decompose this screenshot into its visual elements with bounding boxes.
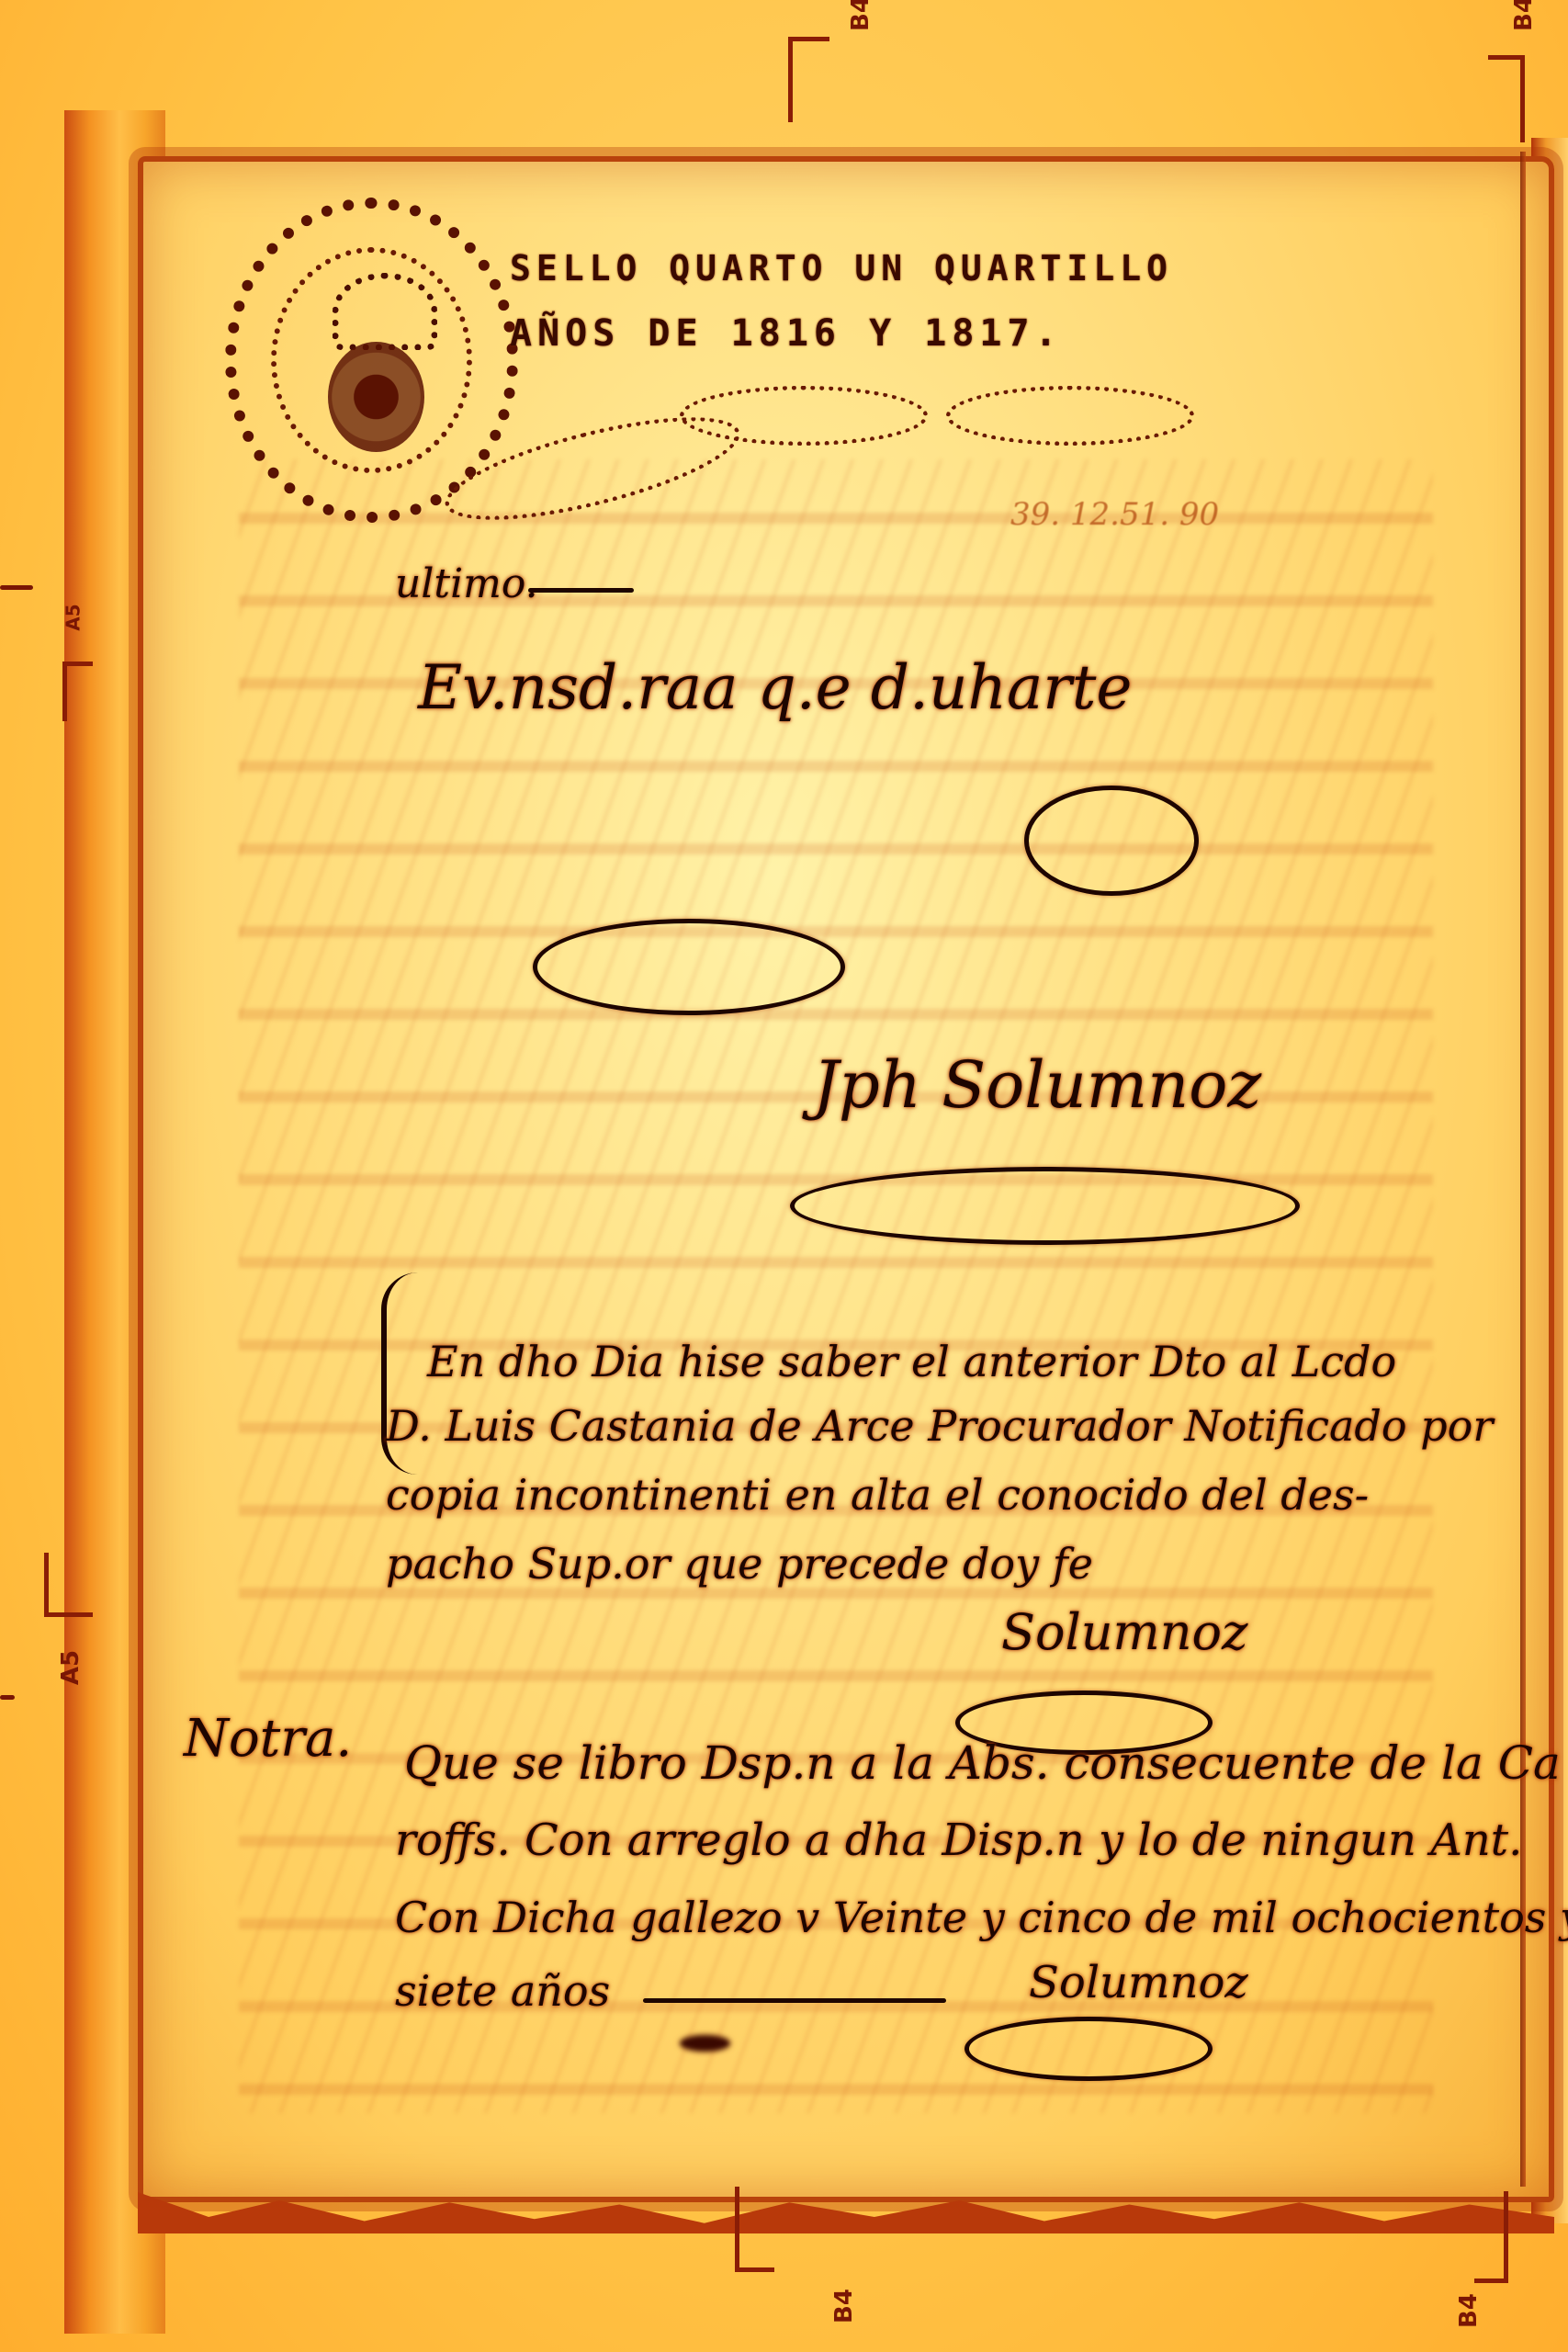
notification-line: Que se libro Dsp.n a la Abs. consecuente…	[404, 1736, 1561, 1790]
diligence-signature: Solumnoz	[1001, 1603, 1248, 1661]
crop-mark-top-left	[788, 37, 829, 122]
coat-of-arms-icon	[328, 342, 424, 452]
diligence-line: pacho Sup.or que precede doy fe	[386, 1539, 1093, 1589]
diligence-line: copia incontinenti en alta el conocido d…	[386, 1470, 1369, 1520]
page-fold	[1520, 152, 1526, 2187]
notification-line: siete años	[395, 1966, 610, 2016]
signature-name: Jph Solumnoz	[813, 1047, 1261, 1123]
stamp-flourish	[946, 386, 1194, 446]
crop-mark-bottom-right	[1474, 2191, 1508, 2283]
rubric-flourish	[533, 919, 845, 1015]
stamp-paper-years: AÑOS DE 1816 Y 1817.	[510, 312, 1063, 355]
crop-mark-bottom-left	[735, 2187, 774, 2272]
opening-word: ultimo.	[395, 560, 538, 607]
crop-mark-top-right	[1488, 55, 1525, 142]
notification-signature: Solumnoz	[1029, 1957, 1248, 2008]
notification-rubric	[964, 2017, 1213, 2081]
opening-rule	[528, 588, 634, 593]
signature-line-1: Ev.nsd.raa q.e d.uharte	[418, 652, 1132, 723]
archival-label-top-left: B4	[847, 0, 874, 31]
rubric-flourish	[1024, 786, 1199, 896]
diligence-line: D. Luis Castania de Arce Procurador Noti…	[386, 1401, 1493, 1451]
crop-tick-left	[0, 585, 33, 590]
signature-rubric	[790, 1167, 1300, 1245]
crop-mark-left-lower	[44, 1553, 93, 1617]
archival-label-top-right: B4	[1510, 0, 1538, 31]
stamp-paper-title: SELLO QUARTO UN QUARTILLO	[510, 248, 1173, 288]
archival-label-bottom-right: B4	[1455, 2293, 1483, 2328]
margin-note: Notra.	[184, 1709, 352, 1769]
crop-tick-left-lower	[0, 1695, 15, 1700]
crop-mark-left-upper	[62, 661, 93, 721]
notification-line: Con Dicha gallezo v Veinte y cinco de mi…	[395, 1893, 1568, 1942]
header-fragment: 39. 12.51. 90	[1010, 496, 1219, 533]
archival-label-bottom-left: B4	[830, 2289, 858, 2324]
crown-icon	[333, 273, 437, 350]
archival-label-left-upper: A5	[62, 604, 85, 630]
archival-label-left-lower: A5	[57, 1650, 85, 1685]
ink-blot	[680, 2035, 730, 2052]
notification-line: roffs. Con arreglo a dha Disp.n y lo de …	[395, 1815, 1522, 1866]
closing-rule	[643, 1998, 946, 2003]
diligence-line: En dho Dia hise saber el anterior Dto al…	[427, 1337, 1396, 1386]
